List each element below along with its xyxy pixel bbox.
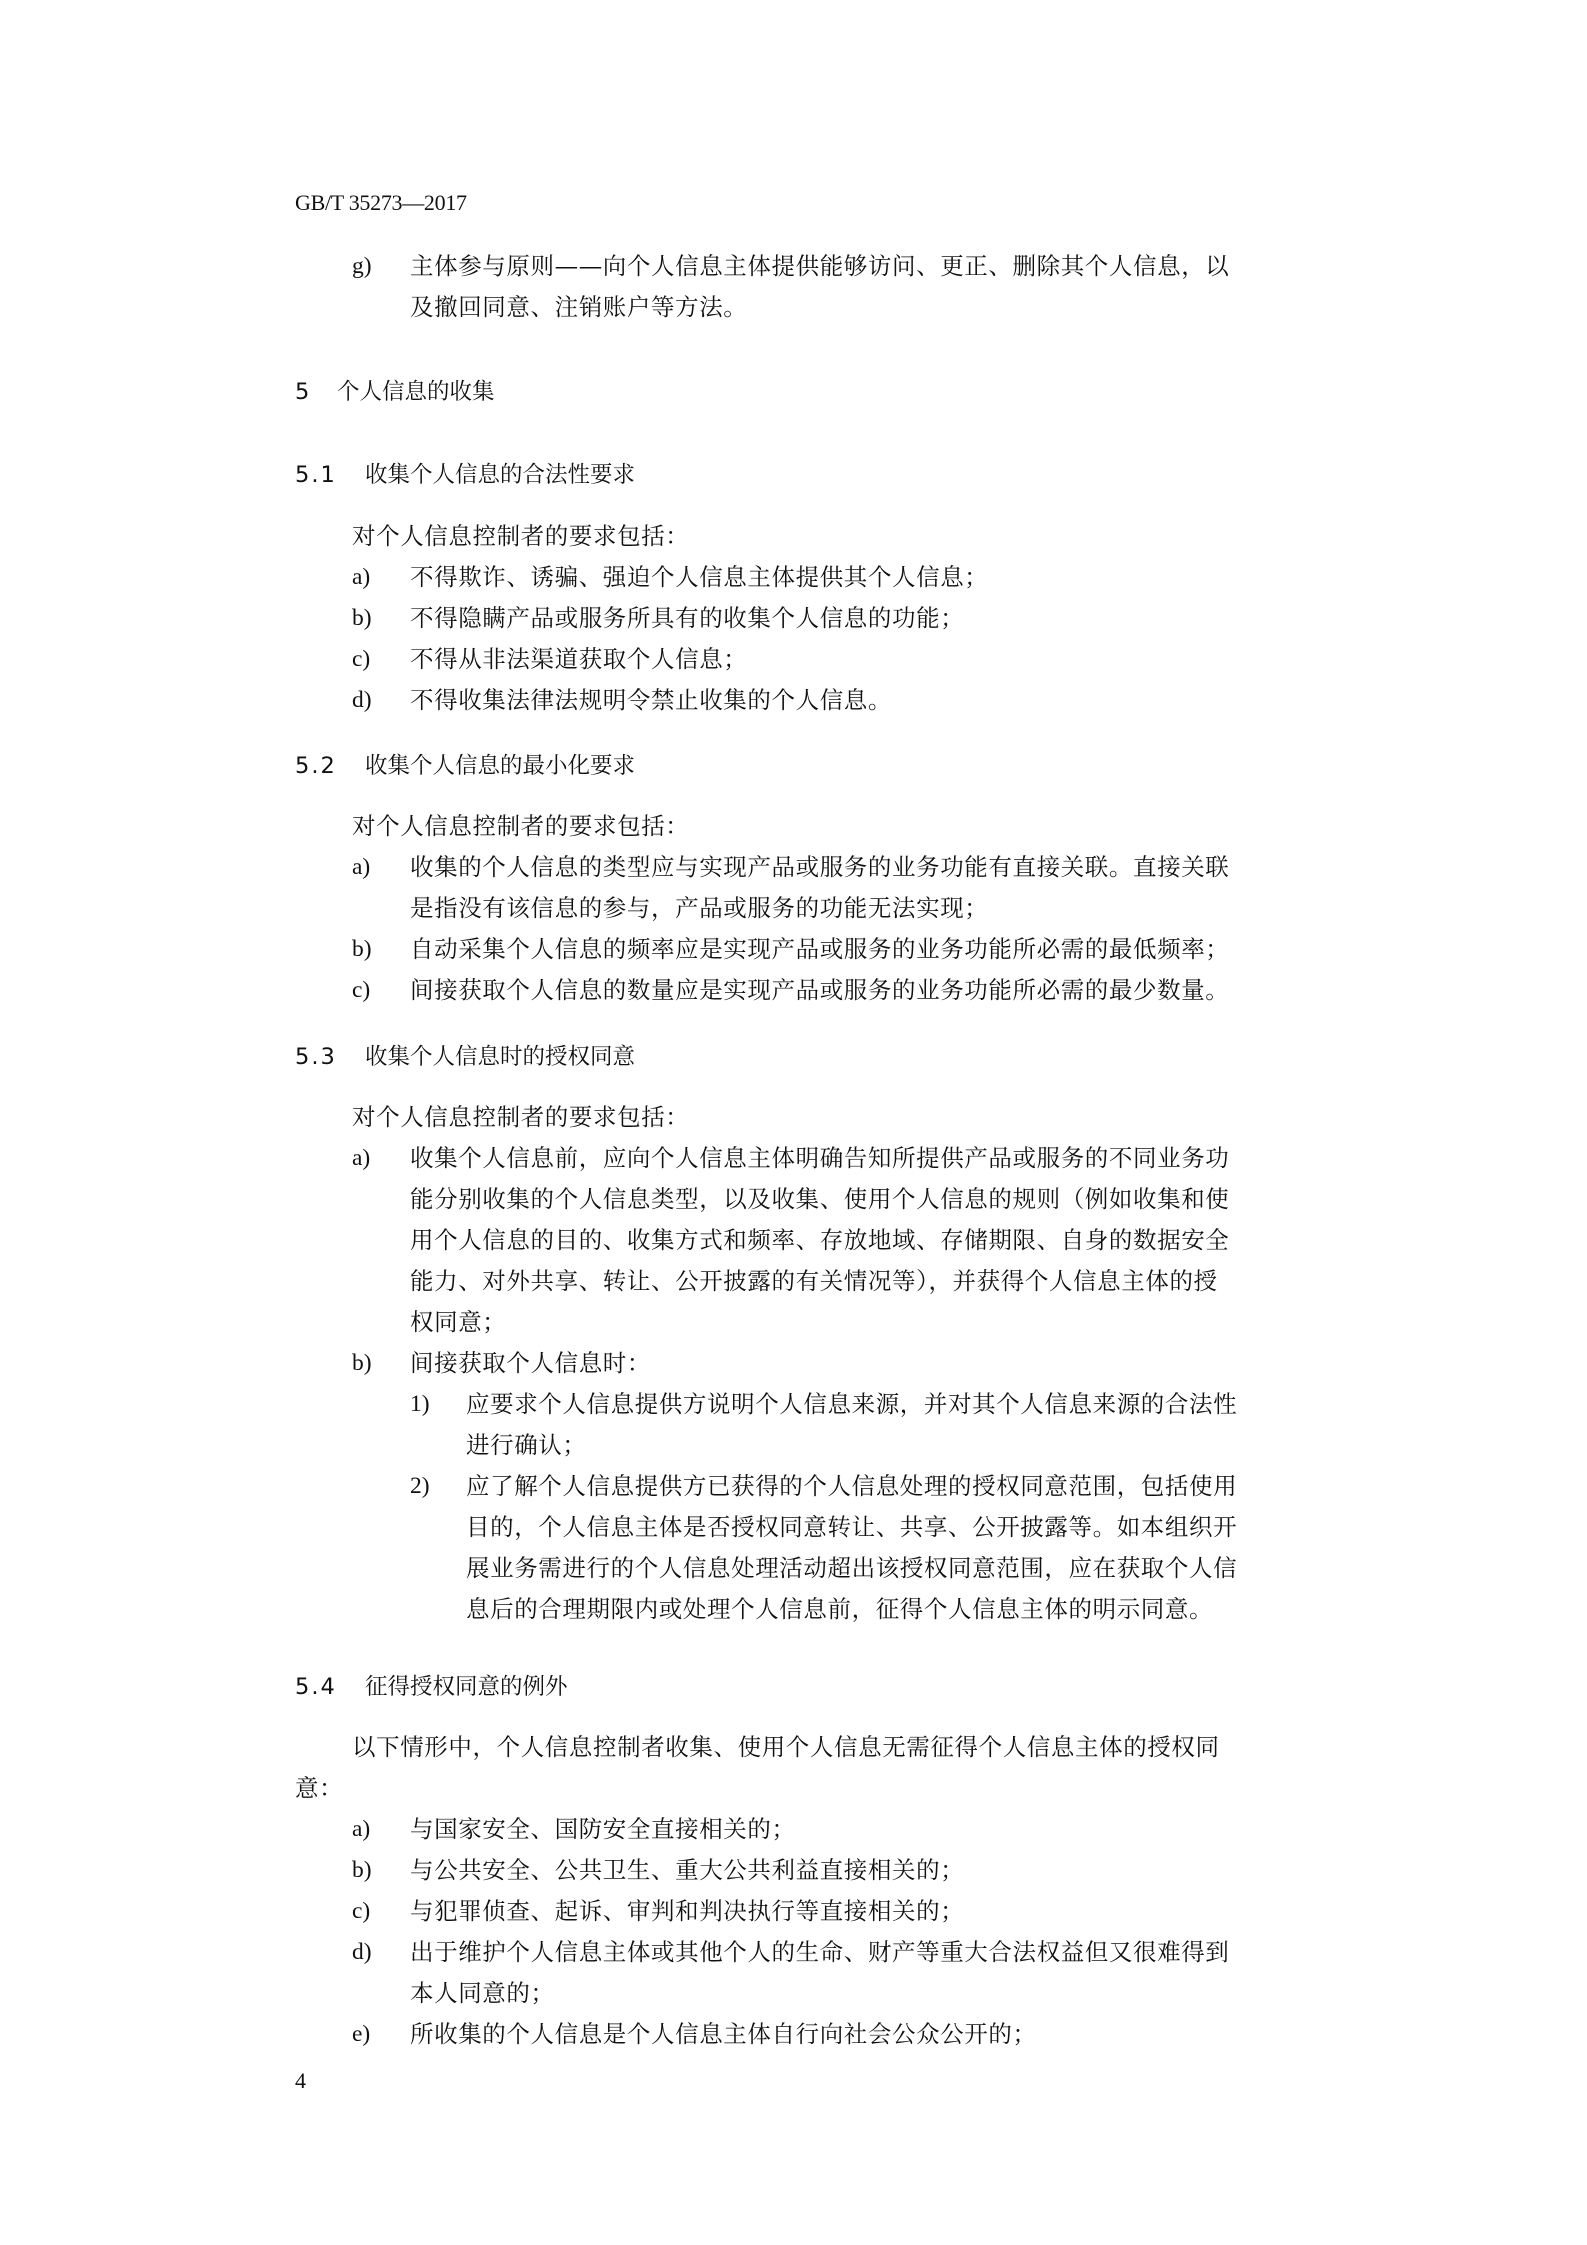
list-item-line: 间接获取个人信息时： bbox=[410, 1343, 651, 1384]
section-title: 个人信息的收集 bbox=[337, 379, 495, 405]
sublist-item-line: 应了解个人信息提供方已获得的个人信息处理的授权同意范围，包括使用 bbox=[466, 1466, 1237, 1507]
section-title: 收集个人信息时的授权同意 bbox=[365, 1044, 635, 1070]
section-heading-5-1: 5.1收集个人信息的合法性要求 bbox=[295, 457, 635, 493]
list-label: a) bbox=[352, 1138, 370, 1179]
section-title: 收集个人信息的合法性要求 bbox=[365, 462, 635, 488]
list-item-line: 用个人信息的目的、收集方式和频率、存放地域、存储期限、自身的数据安全 bbox=[410, 1220, 1229, 1261]
list-item-line: 不得从非法渠道获取个人信息； bbox=[410, 639, 747, 680]
list-label: c) bbox=[352, 639, 370, 680]
list-item-line: 能分别收集的个人信息类型，以及收集、使用个人信息的规则（例如收集和使 bbox=[410, 1179, 1229, 1220]
list-item-line: 所收集的个人信息是个人信息主体自行向社会公众公开的； bbox=[410, 2014, 1037, 2055]
list-item-line: 权同意； bbox=[410, 1302, 506, 1343]
list-item-line: 与国家安全、国防安全直接相关的； bbox=[410, 1809, 796, 1850]
list-label: a) bbox=[352, 557, 370, 598]
list-label: c) bbox=[352, 1891, 370, 1932]
list-label: b) bbox=[352, 1850, 372, 1891]
list-label: a) bbox=[352, 847, 370, 888]
list-item-line: 间接获取个人信息的数量应是实现产品或服务的业务功能所必需的最少数量。 bbox=[410, 970, 1229, 1011]
document-page: GB/T 35273—2017 g) 主体参与原则——向个人信息主体提供能够访问… bbox=[0, 0, 1587, 2245]
list-item-line: 出于维护个人信息主体或其他个人的生命、财产等重大合法权益但又很难得到 bbox=[410, 1932, 1229, 1973]
section-lead: 对个人信息控制者的要求包括： bbox=[352, 806, 689, 847]
page-number: 4 bbox=[295, 2068, 306, 2094]
list-item-line: 自动采集个人信息的频率应是实现产品或服务的业务功能所必需的最低频率； bbox=[410, 929, 1229, 970]
list-label: e) bbox=[352, 2014, 370, 2055]
section-number: 5.3 bbox=[295, 1039, 365, 1075]
list-label: d) bbox=[352, 680, 372, 721]
section-number: 5.2 bbox=[295, 748, 365, 784]
list-item-line: 收集的个人信息的类型应与实现产品或服务的业务功能有直接关联。直接关联 bbox=[410, 847, 1229, 888]
sublist-item-line: 息后的合理期限内或处理个人信息前，征得个人信息主体的明示同意。 bbox=[466, 1589, 1213, 1630]
sublist-label: 1) bbox=[410, 1384, 430, 1425]
list-item-line: 能力、对外共享、转让、公开披露的有关情况等），并获得个人信息主体的授 bbox=[410, 1261, 1218, 1302]
section-number: 5.1 bbox=[295, 457, 365, 493]
list-label: a) bbox=[352, 1809, 370, 1850]
list-label: b) bbox=[352, 1343, 372, 1384]
section-heading-5-3: 5.3收集个人信息时的授权同意 bbox=[295, 1039, 635, 1075]
list-label: g) bbox=[352, 246, 372, 287]
list-item-line: 不得欺诈、诱骗、强迫个人信息主体提供其个人信息； bbox=[410, 557, 988, 598]
list-item-line: 收集个人信息前，应向个人信息主体明确告知所提供产品或服务的不同业务功 bbox=[410, 1138, 1229, 1179]
section-number: 5.4 bbox=[295, 1669, 365, 1705]
list-item-line: 及撤回同意、注销账户等方法。 bbox=[410, 287, 747, 328]
section-number: 5 bbox=[295, 374, 337, 410]
sublist-item-line: 目的，个人信息主体是否授权同意转让、共享、公开披露等。如本组织开 bbox=[466, 1507, 1237, 1548]
list-item-line: 与公共安全、公共卫生、重大公共利益直接相关的； bbox=[410, 1850, 964, 1891]
section-title: 收集个人信息的最小化要求 bbox=[365, 753, 635, 779]
list-label: b) bbox=[352, 598, 372, 639]
list-item-line: 与犯罪侦查、起诉、审判和判决执行等直接相关的； bbox=[410, 1891, 964, 1932]
section-lead: 对个人信息控制者的要求包括： bbox=[352, 1097, 689, 1138]
section-heading-5: 5个人信息的收集 bbox=[295, 374, 495, 410]
section-heading-5-4: 5.4征得授权同意的例外 bbox=[295, 1669, 568, 1705]
list-item-line: 不得隐瞒产品或服务所具有的收集个人信息的功能； bbox=[410, 598, 964, 639]
list-label: b) bbox=[352, 929, 372, 970]
section-lead: 以下情形中，个人信息控制者收集、使用个人信息无需征得个人信息主体的授权同 bbox=[352, 1727, 1220, 1768]
list-item-line: 主体参与原则——向个人信息主体提供能够访问、更正、删除其个人信息，以 bbox=[410, 246, 1229, 287]
section-lead: 意： bbox=[295, 1768, 343, 1809]
list-item-line: 本人同意的； bbox=[410, 1973, 555, 2014]
sublist-item-line: 应要求个人信息提供方说明个人信息来源，并对其个人信息来源的合法性 bbox=[466, 1384, 1237, 1425]
list-item-line: 是指没有该信息的参与，产品或服务的功能无法实现； bbox=[410, 888, 988, 929]
section-title: 征得授权同意的例外 bbox=[365, 1674, 568, 1700]
list-label: c) bbox=[352, 970, 370, 1011]
sublist-item-line: 展业务需进行的个人信息处理活动超出该授权同意范围，应在获取个人信 bbox=[466, 1548, 1237, 1589]
sublist-item-line: 进行确认； bbox=[466, 1425, 587, 1466]
standard-code-header: GB/T 35273—2017 bbox=[295, 190, 467, 216]
sublist-label: 2) bbox=[410, 1466, 430, 1507]
list-label: d) bbox=[352, 1932, 372, 1973]
section-lead: 对个人信息控制者的要求包括： bbox=[352, 516, 689, 557]
list-item-line: 不得收集法律法规明令禁止收集的个人信息。 bbox=[410, 680, 892, 721]
section-heading-5-2: 5.2收集个人信息的最小化要求 bbox=[295, 748, 635, 784]
